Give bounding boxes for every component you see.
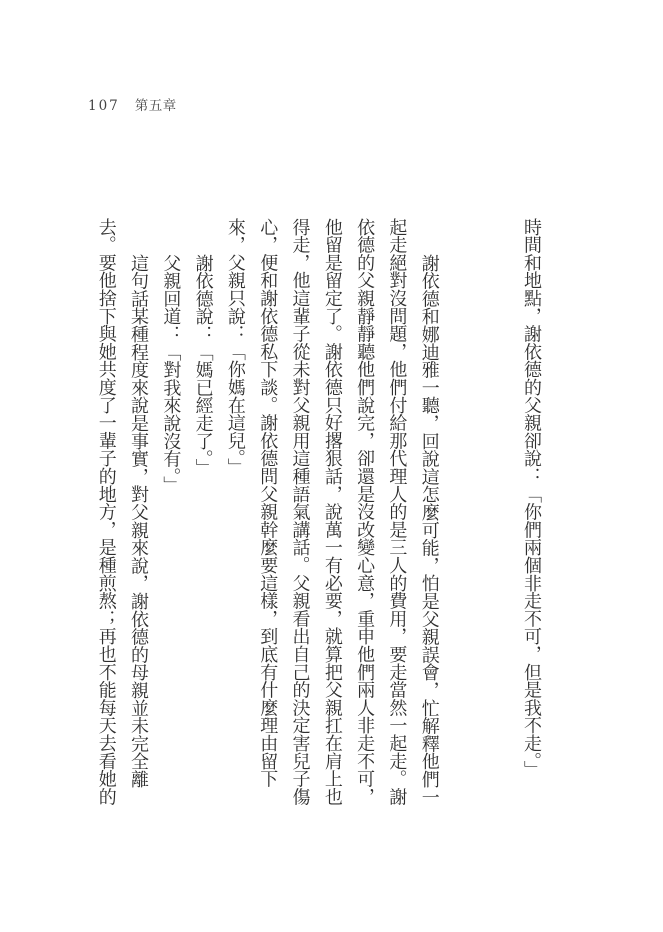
text-line: 他留是留定了。謝依德只好撂狠話，說萬一有必要，就算把父親扛在肩上也 [316,218,348,812]
text-line: 父親回道：「對我來說沒有。」 [154,218,186,812]
text-line: 得走，他這輩子從未對父親用這種語氣講話。父親看出自己的決定害兒子傷 [283,218,315,812]
text-line: 去。要他捨下與她共度了一輩子的地方，是種煎熬；再也不能每天去看她的 [89,218,121,812]
text-line: 謝依德說：「媽已經走了。」 [186,218,218,812]
book-page: 107 第五章 時間和地點，謝依德的父親卻說：「你們兩個非走不可，但是我不走。」… [0,0,663,932]
text-line: 時間和地點，謝依德的父親卻說：「你們兩個非走不可，但是我不走。」 [515,218,547,812]
text-line: 謝依德和娜迪雅一聽，回說這怎麼可能，怕是父親誤會，忙解釋他們一 [412,218,444,812]
chapter-title: 第五章 [135,94,177,114]
text-line: 來，父親只說：「你媽在這兒。」 [219,218,251,812]
text-line: 起走絕對沒問題，他們付給那代理人的是三人的費用，要走當然一起走。謝 [380,218,412,812]
page-number: 107 [88,98,120,114]
running-header: 107 第五章 [88,94,177,114]
text-line: 心，便和謝依德私下談。謝依德問父親幹麼要這樣，到底有什麼理由留下 [251,218,283,812]
text-line: 這句話某種程度來說是事實，對父親來說，謝依德的母親並未完全離 [122,218,154,812]
text-line: 依德的父親靜靜聽他們說完，卻還是沒改變心意，重申他們兩人非走不可， [348,218,380,812]
text-body: 時間和地點，謝依德的父親卻說：「你們兩個非走不可，但是我不走。」謝依德和娜迪雅一… [81,218,547,812]
